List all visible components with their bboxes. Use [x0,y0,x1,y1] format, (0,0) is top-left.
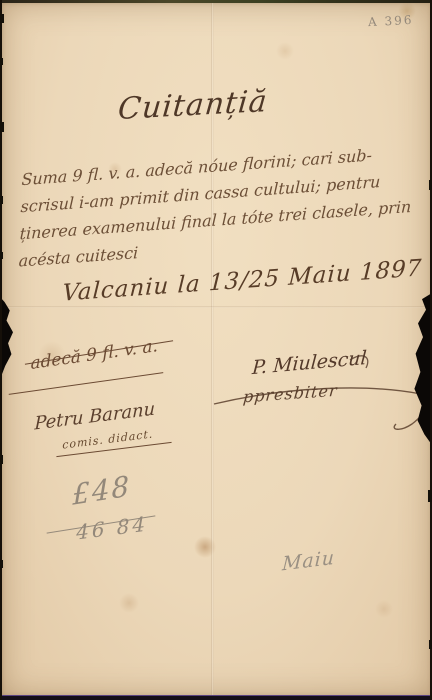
edge-notch [428,490,432,502]
edge-notch [0,455,3,464]
photo-edge-left [0,0,2,700]
photo-edge-bottom [0,695,432,700]
archive-number: A 396 [368,13,414,29]
edge-notch [0,58,3,65]
edge-notch [0,14,4,23]
edge-notch [0,196,3,204]
edge-notch [0,252,3,259]
document-photo: A 396 Cuitanțiă Suma 9 fl. v. a. adecă n… [0,0,432,700]
edge-notch [0,560,3,568]
edge-notch [0,122,4,132]
photo-edge-top [0,0,432,3]
